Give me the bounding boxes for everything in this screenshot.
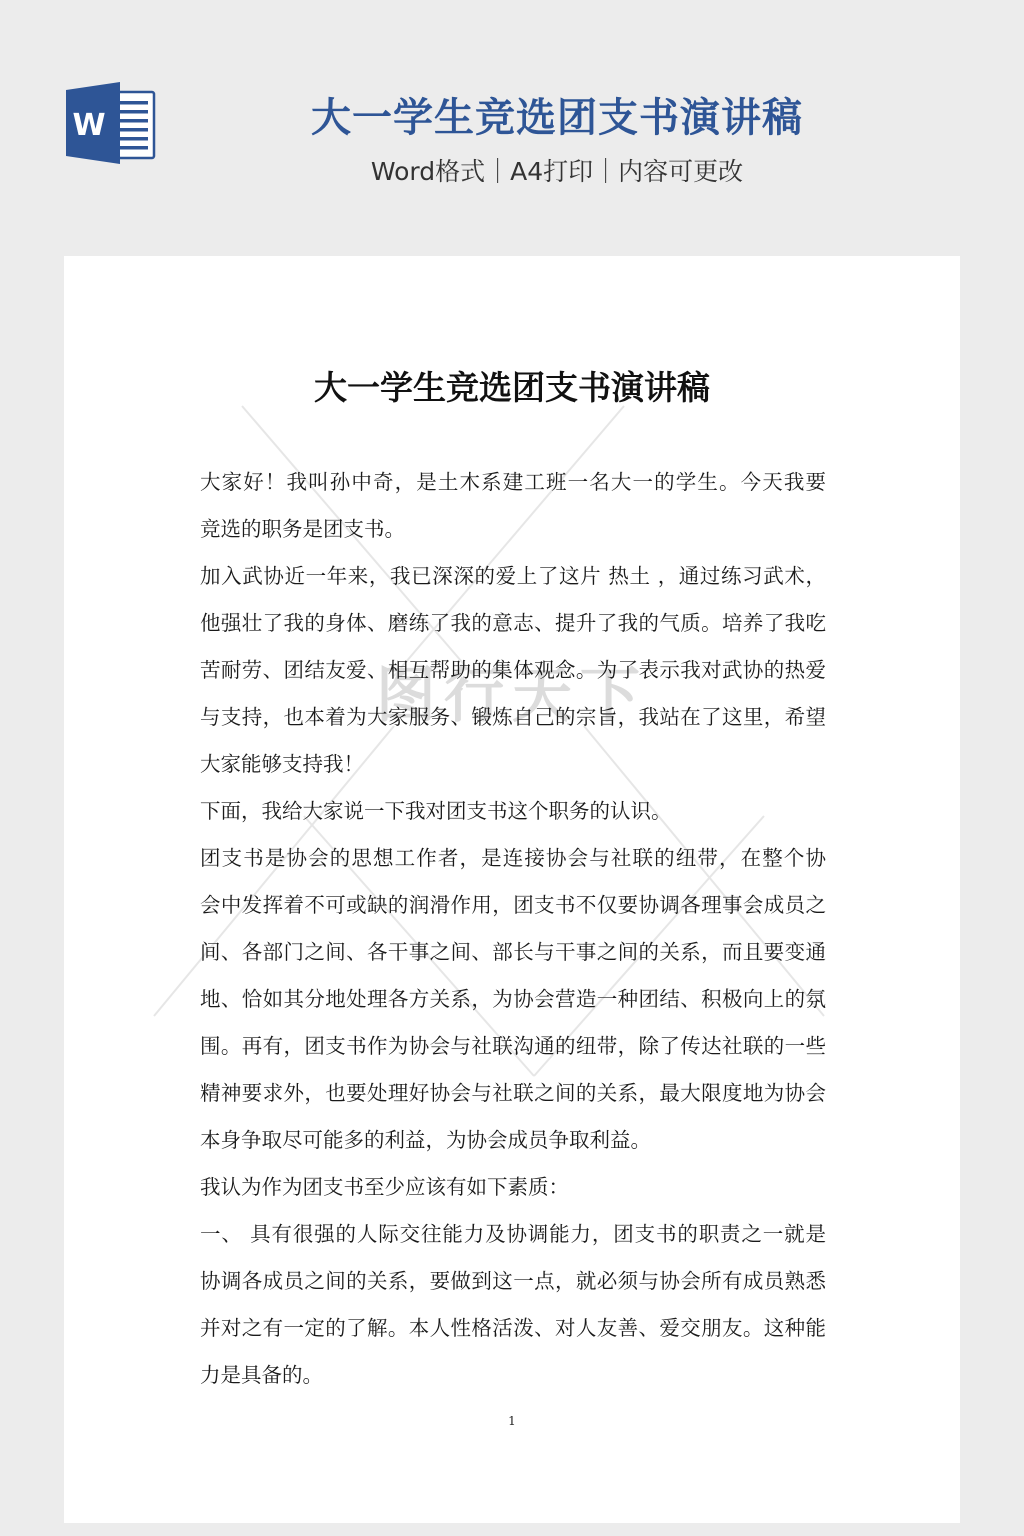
word-document-icon: W xyxy=(64,82,156,164)
body-line: 精神要求外，也要处理好协会与社联之间的关系，最大限度地为协会 xyxy=(200,1070,826,1117)
banner-title: 大一学生竞选团支书演讲稿 xyxy=(300,92,814,144)
body-line: 协调各成员之间的关系，要做到这一点，就必须与协会所有成员熟悉 xyxy=(200,1258,826,1305)
page-number: 1 xyxy=(64,1414,960,1428)
body-line: 加入武协近一年来，我已深深的爱上了这片 热土 ，通过练习武术， xyxy=(200,553,826,600)
banner-subtitle: Word格式｜A4打印｜内容可更改 xyxy=(300,155,814,189)
body-line: 大家好！我叫孙中奇，是土木系建工班一名大一的学生。今天我要 xyxy=(200,459,826,506)
body-line: 力是具备的。 xyxy=(200,1352,826,1399)
banner-header: W 大一学生竞选团支书演讲稿 Word格式｜A4打印｜内容可更改 xyxy=(0,0,1024,256)
body-line: 本身争取尽可能多的利益，为协会成员争取利益。 xyxy=(200,1117,826,1164)
document-page: 图行天下 大一学生竞选团支书演讲稿 大家好！我叫孙中奇，是土木系建工班一名大一的… xyxy=(64,256,960,1523)
body-line: 团支书是协会的思想工作者，是连接协会与社联的纽带，在整个协 xyxy=(200,835,826,882)
svg-text:W: W xyxy=(72,108,105,143)
body-line: 他强壮了我的身体、磨练了我的意志、提升了我的气质。培养了我吃 xyxy=(200,600,826,647)
body-line: 下面，我给大家说一下我对团支书这个职务的认识。 xyxy=(200,788,826,835)
body-line: 会中发挥着不可或缺的润滑作用，团支书不仅要协调各理事会成员之 xyxy=(200,882,826,929)
body-line: 竞选的职务是团支书。 xyxy=(200,506,826,553)
body-line: 我认为作为团支书至少应该有如下素质： xyxy=(200,1164,826,1211)
body-line: 围。再有，团支书作为协会与社联沟通的纽带，除了传达社联的一些 xyxy=(200,1023,826,1070)
body-line: 苦耐劳、团结友爱、相互帮助的集体观念。为了表示我对武协的热爱 xyxy=(200,647,826,694)
body-line: 一、 具有很强的人际交往能力及协调能力，团支书的职责之一就是 xyxy=(200,1211,826,1258)
body-line: 与支持，也本着为大家服务、锻炼自己的宗旨，我站在了这里，希望 xyxy=(200,694,826,741)
body-line: 并对之有一定的了解。本人性格活泼、对人友善、爱交朋友。这种能 xyxy=(200,1305,826,1352)
body-line: 地、恰如其分地处理各方关系，为协会营造一种团结、积极向上的氛 xyxy=(200,976,826,1023)
body-line: 大家能够支持我！ xyxy=(200,741,826,788)
document-title: 大一学生竞选团支书演讲稿 xyxy=(64,364,960,412)
document-body: 大家好！我叫孙中奇，是土木系建工班一名大一的学生。今天我要 竞选的职务是团支书。… xyxy=(200,459,826,1399)
body-line: 间、各部门之间、各干事之间、部长与干事之间的关系，而且要变通 xyxy=(200,929,826,976)
